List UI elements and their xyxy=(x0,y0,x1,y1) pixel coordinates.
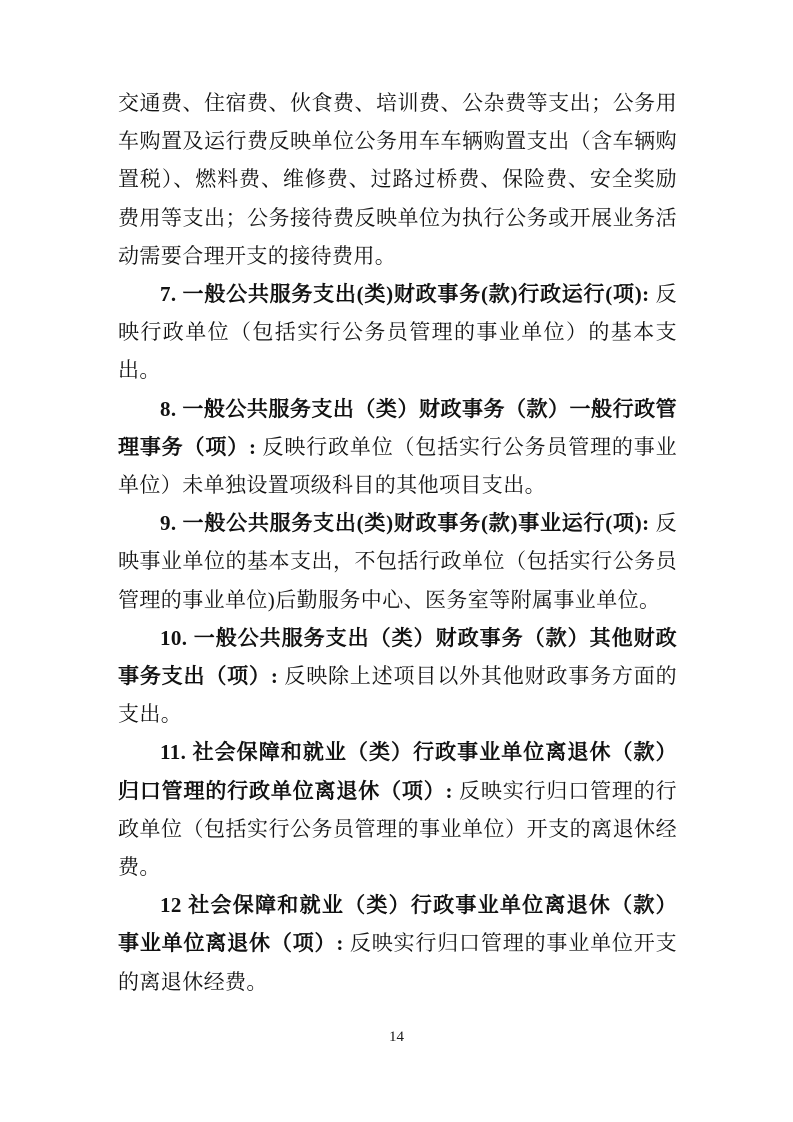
paragraph-text: 交通费、住宿费、伙食费、培训费、公杂费等支出；公务用车购置及运行费反映单位公务用… xyxy=(118,91,677,268)
paragraph-item-8: 8. 一般公共服务支出（类）财政事务（款）一般行政管理事务（项）: 反映行政单位… xyxy=(118,390,677,505)
paragraph-item-7: 7. 一般公共服务支出(类)财政事务(款)行政运行(项): 反映行政单位（包括实… xyxy=(118,275,677,390)
paragraph-continuation: 交通费、住宿费、伙食费、培训费、公杂费等支出；公务用车购置及运行费反映单位公务用… xyxy=(118,84,677,275)
paragraph-item-11: 11. 社会保障和就业（类）行政事业单位离退休（款）归口管理的行政单位离退休（项… xyxy=(118,733,677,886)
page-footer: 14 xyxy=(0,1028,793,1046)
page-number: 14 xyxy=(389,1029,404,1045)
paragraph-item-9: 9. 一般公共服务支出(类)财政事务(款)事业运行(项): 反映事业单位的基本支… xyxy=(118,504,677,619)
paragraph-item-12: 12 社会保障和就业（类）行政事业单位离退休（款）事业单位离退休（项）: 反映实… xyxy=(118,886,677,1001)
paragraph-heading: 9. 一般公共服务支出(类)财政事务(款)事业运行(项): xyxy=(160,511,650,535)
document-page: 交通费、住宿费、伙食费、培训费、公杂费等支出；公务用车购置及运行费反映单位公务用… xyxy=(0,0,793,1122)
document-body: 交通费、住宿费、伙食费、培训费、公杂费等支出；公务用车购置及运行费反映单位公务用… xyxy=(118,84,677,1001)
paragraph-heading: 7. 一般公共服务支出(类)财政事务(款)行政运行(项): xyxy=(160,282,650,306)
paragraph-item-10: 10. 一般公共服务支出（类）财政事务（款）其他财政事务支出（项）: 反映除上述… xyxy=(118,619,677,734)
